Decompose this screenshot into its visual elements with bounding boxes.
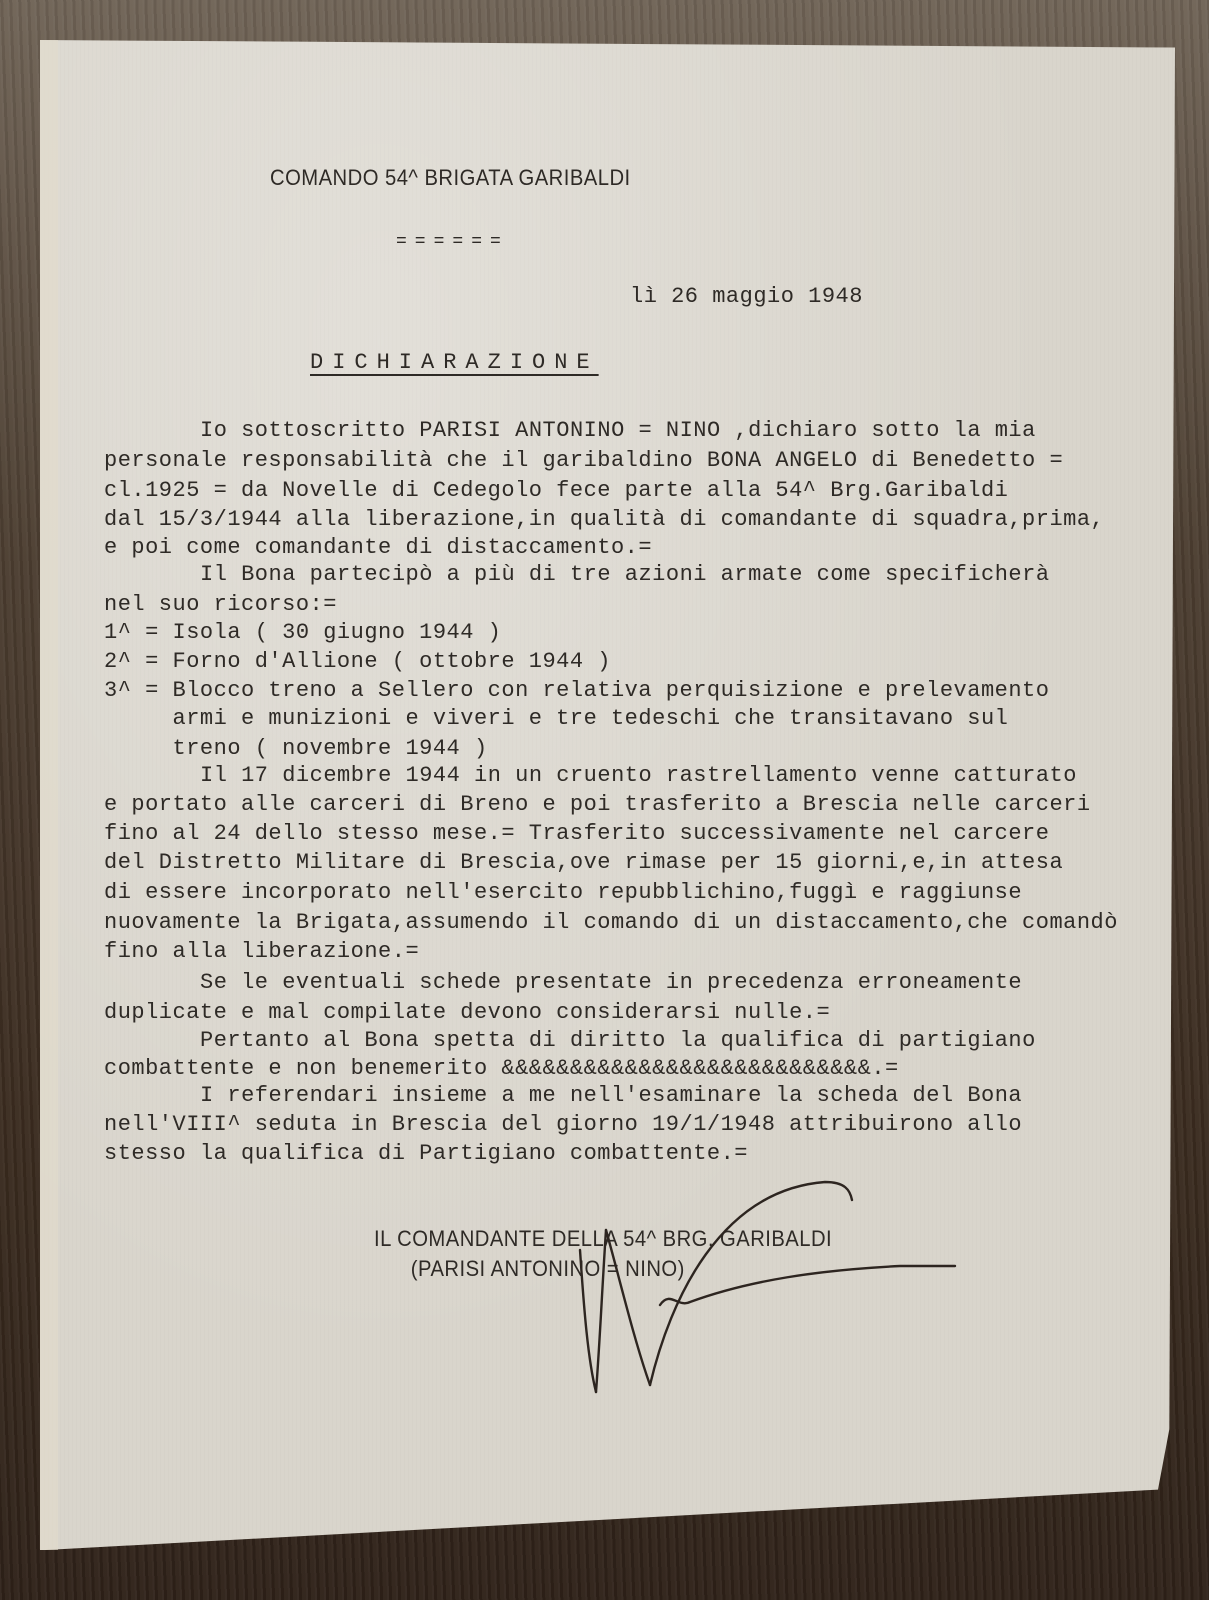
- body-line: nuovamente la Brigata,assumendo il coman…: [104, 912, 1118, 934]
- body-line: I referendari insieme a me nell'esaminar…: [104, 1085, 1022, 1107]
- paper-fold-edge: [40, 40, 58, 1550]
- body-line: fino al 24 dello stesso mese.= Trasferit…: [104, 823, 1049, 845]
- separator: ======: [396, 232, 509, 252]
- body-line: duplicate e mal compilate devono conside…: [104, 1002, 830, 1024]
- body-line: del Distretto Militare di Brescia,ove ri…: [104, 852, 1063, 874]
- body-line: nel suo ricorso:=: [104, 594, 337, 616]
- body-line: Pertanto al Bona spetta di diritto la qu…: [104, 1030, 1036, 1052]
- body-line: stesso la qualifica di Partigiano combat…: [104, 1143, 748, 1165]
- handwritten-signature-icon: [560, 1170, 980, 1400]
- body-line: di essere incorporato nell'esercito repu…: [104, 882, 1022, 904]
- body-line: Il Bona partecipò a più di tre azioni ar…: [104, 564, 1050, 586]
- body-line: e portato alle carceri di Breno e poi tr…: [104, 794, 1091, 816]
- document-title: DICHIARAZIONE: [310, 350, 599, 375]
- body-line: combattente e non benemerito &&&&&&&&&&&…: [104, 1058, 899, 1080]
- body-line: fino alla liberazione.=: [104, 941, 419, 963]
- action-item: 1^ = Isola ( 30 giugno 1944 ): [104, 622, 501, 644]
- body-line: Se le eventuali schede presentate in pre…: [104, 972, 1022, 994]
- body-line: Il 17 dicembre 1944 in un cruento rastre…: [104, 765, 1077, 787]
- action-item: 2^ = Forno d'Allione ( ottobre 1944 ): [104, 651, 611, 673]
- body-line: Io sottoscritto PARISI ANTONINO = NINO ,…: [104, 420, 1036, 442]
- body-line: personale responsabilità che il garibald…: [104, 450, 1063, 472]
- action-item-cont: armi e munizioni e viveri e tre tedeschi…: [104, 708, 1008, 730]
- action-item: 3^ = Blocco treno a Sellero con relativa…: [104, 680, 1049, 702]
- body-line: cl.1925 = da Novelle di Cedegolo fece pa…: [104, 480, 1008, 502]
- letterhead: COMANDO 54^ BRIGATA GARIBALDI: [270, 165, 631, 191]
- body-line: e poi come comandante di distaccamento.=: [104, 537, 652, 559]
- action-item-cont: treno ( novembre 1944 ): [104, 738, 488, 760]
- body-line: dal 15/3/1944 alla liberazione,in qualit…: [104, 509, 1104, 531]
- document-date: lì 26 maggio 1948: [630, 284, 863, 309]
- body-line: nell'VIII^ seduta in Brescia del giorno …: [104, 1114, 1022, 1136]
